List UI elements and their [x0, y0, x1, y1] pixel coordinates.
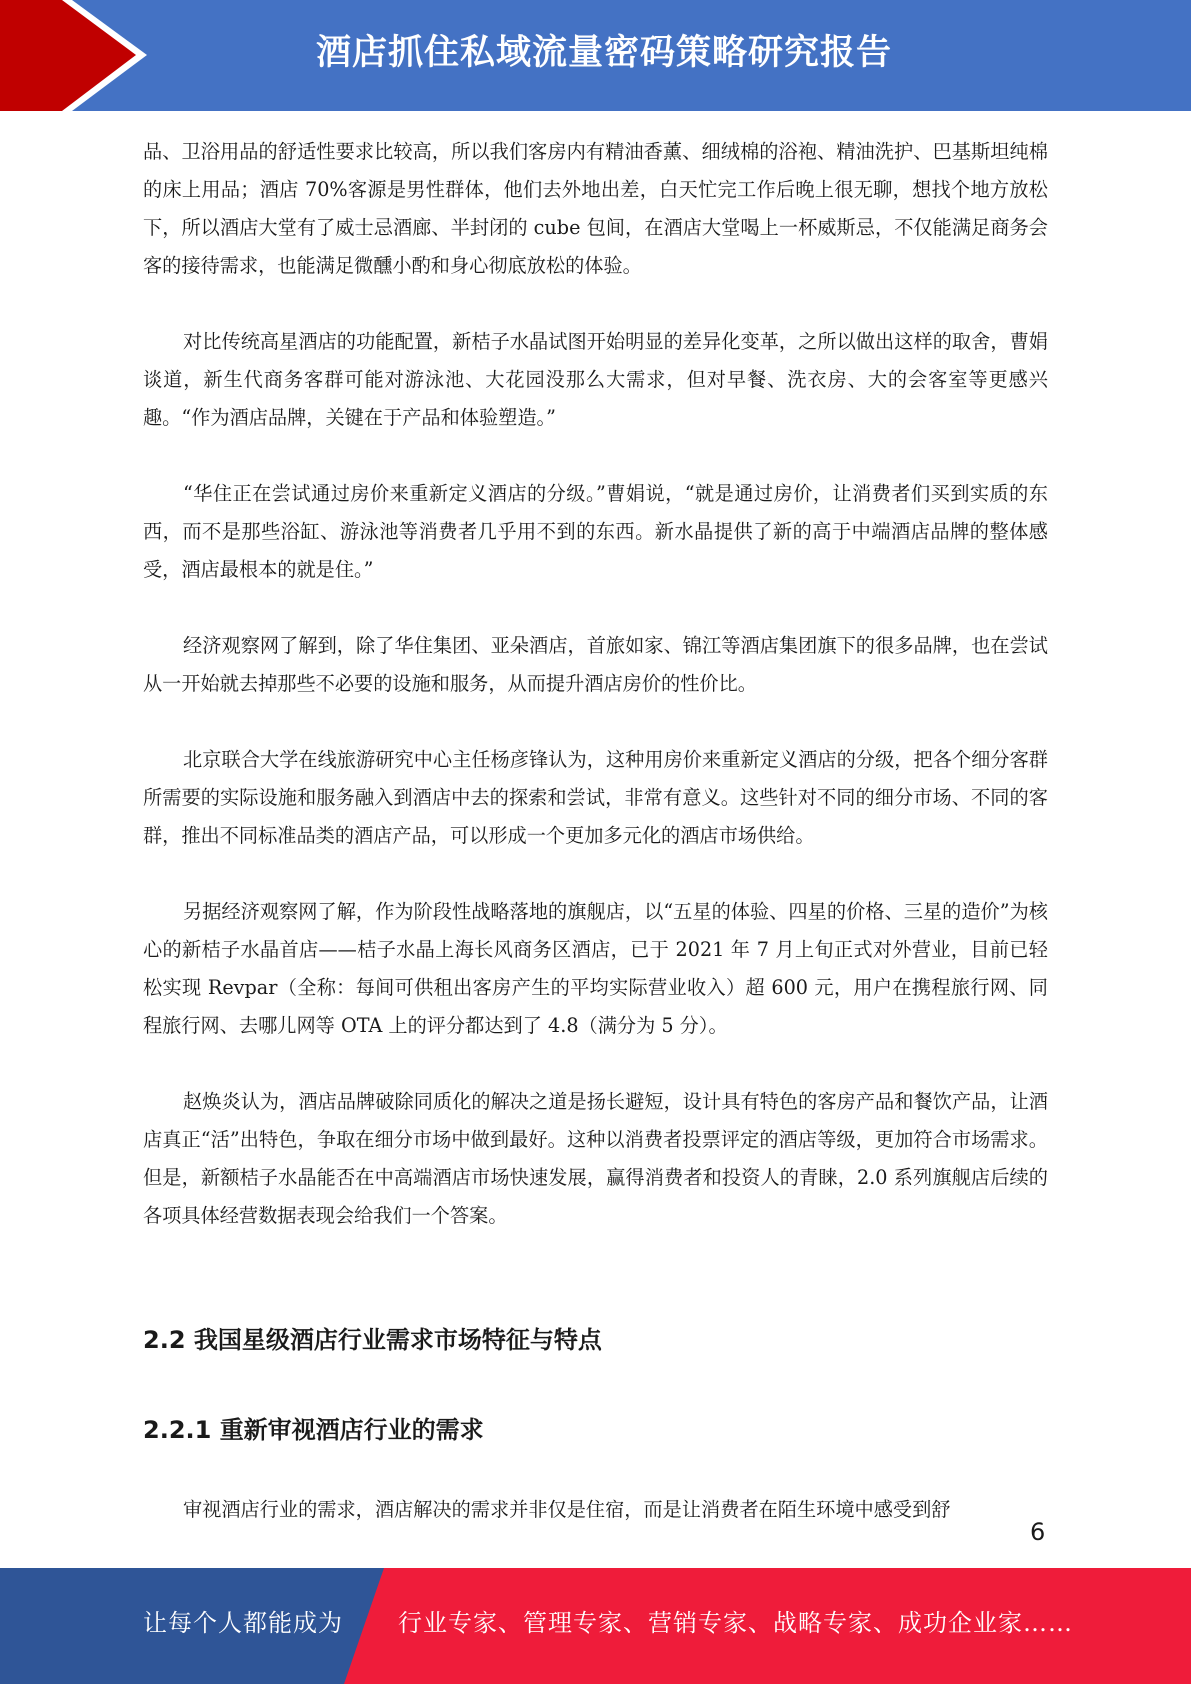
page-footer: 让每个人都能成为 行业专家、管理专家、营销专家、战略专家、成功企业家…… [0, 1568, 1191, 1684]
red-arrow-decoration-icon [0, 0, 160, 111]
paragraph-text: 北京联合大学在线旅游研究中心主任杨彦锋认为，这种用房价来重新定义酒店的分级，把各… [143, 748, 1048, 847]
paragraph-text: 经济观察网了解到，除了华住集团、亚朵酒店，首旅如家、锦江等酒店集团旗下的很多品牌… [143, 634, 1048, 695]
paragraph-text: 品、卫浴用品的舒适性要求比较高，所以我们客房内有精油香薰、细绒棉的浴袍、精油洗护… [143, 140, 1048, 277]
subsection-heading: 2.2.1 重新审视酒店行业的需求 [143, 1410, 484, 1450]
body-content: 品、卫浴用品的舒适性要求比较高，所以我们客房内有精油香薰、细绒棉的浴袍、精油洗护… [143, 133, 1048, 1235]
paragraph-2: 对比传统高星酒店的功能配置，新桔子水晶试图开始明显的差异化变革，之所以做出这样的… [143, 323, 1048, 437]
section-heading: 2.2 我国星级酒店行业需求市场特征与特点 [143, 1320, 602, 1360]
page-header: 酒店抓住私域流量密码策略研究报告 [0, 0, 1191, 111]
footer-slogan-right: 行业专家、管理专家、营销专家、战略专家、成功企业家…… [398, 1606, 1073, 1640]
paragraph-text: 审视酒店行业的需求，酒店解决的需求并非仅是住宿，而是让消费者在陌生环境中感受到舒 [183, 1498, 951, 1521]
paragraph-5: 北京联合大学在线旅游研究中心主任杨彦锋认为，这种用房价来重新定义酒店的分级，把各… [143, 741, 1048, 855]
paragraph-4: 经济观察网了解到，除了华住集团、亚朵酒店，首旅如家、锦江等酒店集团旗下的很多品牌… [143, 627, 1048, 703]
paragraph-1: 品、卫浴用品的舒适性要求比较高，所以我们客房内有精油香薰、细绒棉的浴袍、精油洗护… [143, 133, 1048, 285]
paragraph-text: 另据经济观察网了解，作为阶段性战略落地的旗舰店，以“五星的体验、四星的价格、三星… [143, 900, 1048, 1037]
report-title: 酒店抓住私域流量密码策略研究报告 [316, 28, 892, 78]
paragraph-text: 赵焕炎认为，酒店品牌破除同质化的解决之道是扬长避短，设计具有特色的客房产品和餐饮… [143, 1090, 1048, 1227]
footer-slogan-left: 让每个人都能成为 [143, 1606, 343, 1640]
paragraph-3: “华住正在尝试通过房价来重新定义酒店的分级。”曹娟说，“就是通过房价，让消费者们… [143, 475, 1048, 589]
paragraph-6: 另据经济观察网了解，作为阶段性战略落地的旗舰店，以“五星的体验、四星的价格、三星… [143, 893, 1048, 1045]
paragraph-text: “华住正在尝试通过房价来重新定义酒店的分级。”曹娟说，“就是通过房价，让消费者们… [143, 482, 1048, 581]
paragraph-text: 对比传统高星酒店的功能配置，新桔子水晶试图开始明显的差异化变革，之所以做出这样的… [143, 330, 1048, 429]
paragraph-7: 赵焕炎认为，酒店品牌破除同质化的解决之道是扬长避短，设计具有特色的客房产品和餐饮… [143, 1083, 1048, 1235]
paragraph-8: 审视酒店行业的需求，酒店解决的需求并非仅是住宿，而是让消费者在陌生环境中感受到舒 [143, 1491, 1048, 1529]
page-number: 6 [1030, 1518, 1045, 1546]
